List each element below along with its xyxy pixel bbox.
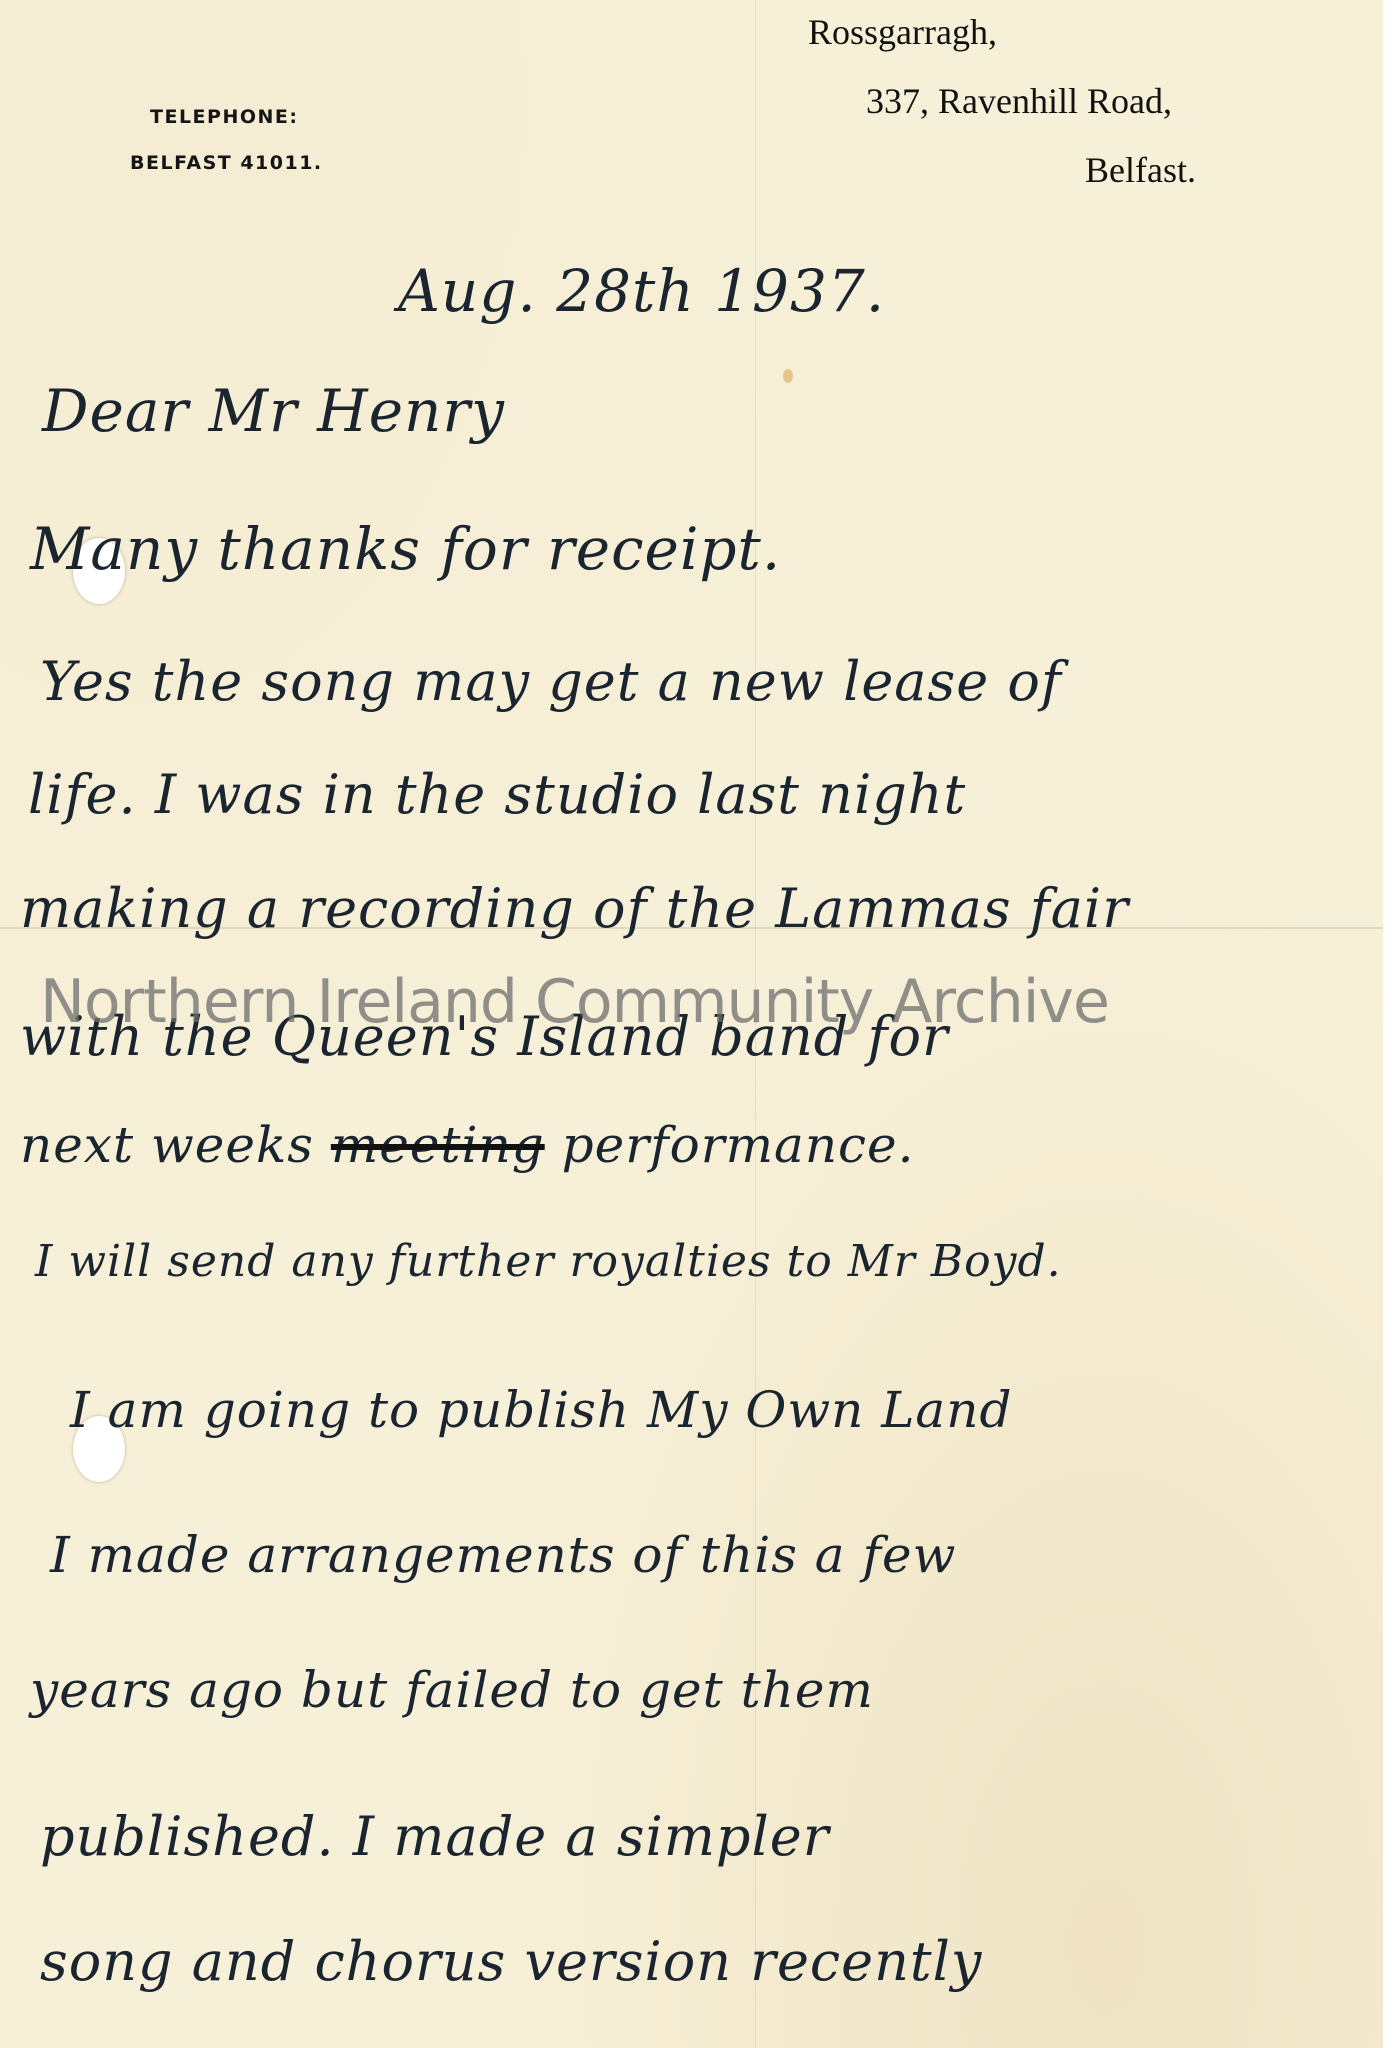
body-line-12: song and chorus version recently bbox=[40, 1935, 982, 1989]
body-line-2: Yes the song may get a new lease of bbox=[40, 655, 1062, 709]
salutation: Dear Mr Henry bbox=[42, 382, 505, 440]
foxing-stain bbox=[783, 369, 793, 383]
body-line-11: published. I made a simpler bbox=[40, 1810, 830, 1864]
body-line-6a: next weeks meeting performance. bbox=[20, 1120, 915, 1170]
archive-watermark: Northern Ireland Community Archive bbox=[40, 972, 1109, 1032]
address-line-1: Rossgarragh, bbox=[808, 14, 997, 50]
body-line-10: years ago but failed to get them bbox=[30, 1665, 874, 1715]
body-line-6-text: next weeks bbox=[20, 1116, 314, 1174]
body-line-3: life. I was in the studio last night bbox=[28, 768, 966, 822]
telephone-label: TELEPHONE: bbox=[150, 108, 298, 127]
telephone-number: BELFAST 41011. bbox=[130, 154, 323, 173]
body-line-8: I am going to publish My Own Land bbox=[70, 1385, 1012, 1435]
body-line-9: I made arrangements of this a few bbox=[50, 1530, 956, 1580]
letter-date: Aug. 28th 1937. bbox=[398, 262, 885, 320]
body-line-6-continuation: performance. bbox=[562, 1116, 915, 1174]
address-line-3: Belfast. bbox=[1085, 152, 1196, 188]
body-line-4: making a recording of the Lammas fair bbox=[20, 882, 1129, 936]
body-line-7: I will send any further royalties to Mr … bbox=[35, 1240, 1062, 1284]
body-line-1: Many thanks for receipt. bbox=[30, 520, 781, 578]
struck-out-word: meeting bbox=[331, 1116, 545, 1174]
address-line-2: 337, Ravenhill Road, bbox=[866, 83, 1172, 119]
letter-paper: TELEPHONE: BELFAST 41011. Rossgarragh, 3… bbox=[0, 0, 1383, 2048]
